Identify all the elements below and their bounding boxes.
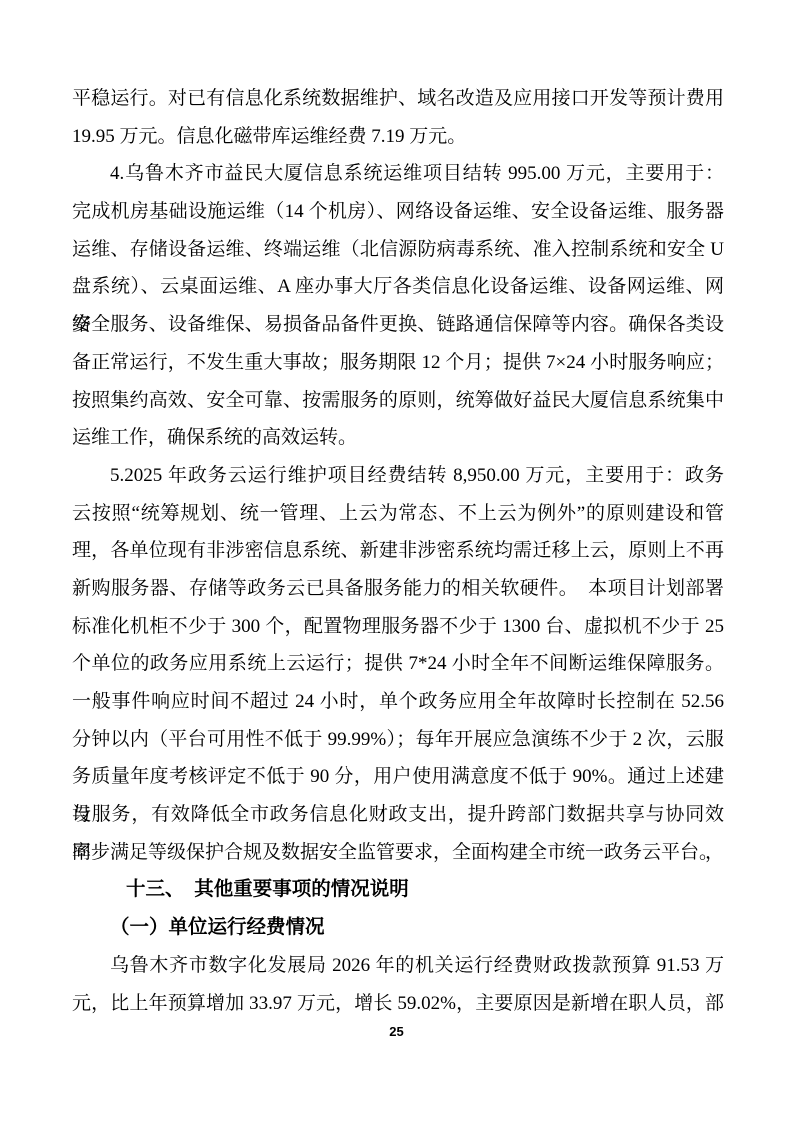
text-line: 标准化机柜不少于 300 个，配置物理服务器不少于 1300 台、虚拟机不少于 …: [72, 608, 724, 646]
text-line: 与服务，有效降低全市政务信息化财政支出，提升跨部门数据共享与协同效率，: [72, 796, 724, 834]
text-line: 同步满足等级保护合规及数据安全监管要求，全面构建全市统一政务云平台。: [72, 834, 724, 872]
text-line: 运维工作，确保系统的高效运转。: [72, 419, 724, 457]
text-line: 安全服务、设备维保、易损备品备件更换、链路通信保障等内容。确保各类设: [72, 306, 724, 344]
text-line: 云按照“统筹规划、统一管理、上云为常态、不上云为例外”的原则建设和管: [72, 495, 724, 533]
section-heading: 十三、 其他重要事项的情况说明: [72, 871, 724, 909]
text-line: 5.2025 年政务云运行维护项目经费结转 8,950.00 万元，主要用于：政…: [72, 457, 724, 495]
text-line: 平稳运行。对已有信息化系统数据维护、域名改造及应用接口开发等预计费用: [72, 80, 724, 118]
body-text: 平稳运行。对已有信息化系统数据维护、域名改造及应用接口开发等预计费用19.95 …: [72, 80, 724, 1022]
text-line: 乌鲁木齐市数字化发展局 2026 年的机关运行经费财政拨款预算 91.53 万: [72, 947, 724, 985]
text-line: 4.乌鲁木齐市益民大厦信息系统运维项目结转 995.00 万元，主要用于：: [72, 155, 724, 193]
document-page: 平稳运行。对已有信息化系统数据维护、域名改造及应用接口开发等预计费用19.95 …: [0, 0, 793, 1122]
page-number: 25: [0, 1024, 793, 1039]
text-line: 按照集约高效、安全可靠、按需服务的原则，统筹做好益民大厦信息系统集中: [72, 382, 724, 420]
text-line: 元，比上年预算增加 33.97 万元，增长 59.02%，主要原因是新增在职人员…: [72, 985, 724, 1023]
text-line: 运维、存储设备运维、终端运维（北信源防病毒系统、准入控制系统和安全 U: [72, 231, 724, 269]
text-line: 新购服务器、存储等政务云已具备服务能力的相关软硬件。 本项目计划部署: [72, 570, 724, 608]
text-line: 分钟以内（平台可用性不低于 99.99%）；每年开展应急演练不少于 2 次，云服: [72, 721, 724, 759]
text-line: 备正常运行，不发生重大事故；服务期限 12 个月；提供 7×24 小时服务响应；: [72, 344, 724, 382]
text-line: 理，各单位现有非涉密信息系统、新建非涉密系统均需迁移上云，原则上不再: [72, 532, 724, 570]
text-line: 个单位的政务应用系统上云运行；提供 7*24 小时全年不间断运维保障服务。: [72, 645, 724, 683]
text-line: 一般事件响应时间不超过 24 小时，单个政务应用全年故障时长控制在 52.56: [72, 683, 724, 721]
text-line: 务质量年度考核评定不低于 90 分，用户使用满意度不低于 90%。通过上述建设: [72, 758, 724, 796]
text-line: 完成机房基础设施运维（14 个机房）、网络设备运维、安全设备运维、服务器: [72, 193, 724, 231]
text-line: 盘系统）、云桌面运维、A 座办事大厅各类信息化设备运维、设备网运维、网络: [72, 268, 724, 306]
text-line: 19.95 万元。信息化磁带库运维经费 7.19 万元。: [72, 118, 724, 156]
subsection-heading: （一）单位运行经费情况: [72, 909, 724, 947]
